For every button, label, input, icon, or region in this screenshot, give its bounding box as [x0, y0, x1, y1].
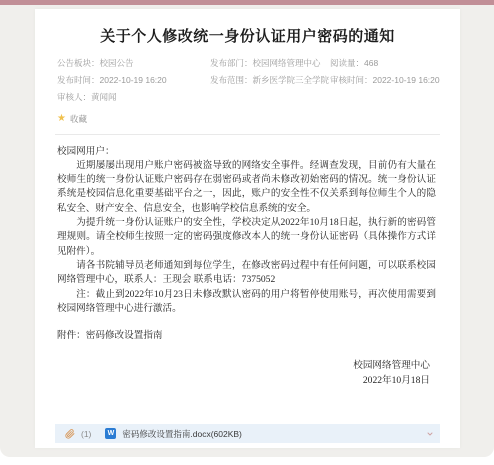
notice-body: 校园网用户： 近期屡屡出现用户账户密码被盗导致的网络安全事件。经调查发现，目前仍… — [57, 145, 436, 388]
favorite-label: 收藏 — [70, 113, 87, 125]
favorite-button[interactable]: ★ 收藏 — [57, 113, 460, 125]
body-paragraph: 注：截止到2022年10月23日未修改默认密码的用户将暂停使用账号，再次使用需要… — [57, 288, 436, 317]
notice-meta: 公告板块：校园公告 发布部门：校园网络管理中心 阅读量：468 发布时间：202… — [57, 58, 447, 103]
signature-block: 校园网络管理中心 2022年10月18日 — [57, 359, 436, 388]
body-paragraph: 近期屡屡出现用户账户密码被盗导致的网络安全事件。经调查发现，目前仍有大量在校师生… — [57, 159, 436, 216]
body-paragraph: 为提升统一身份认证账户的安全性，学校决定从2022年10月18日起，执行新的密码… — [57, 216, 436, 259]
meta-publish-dept: 发布部门：校园网络管理中心 — [210, 58, 330, 68]
meta-reviewer: 审核人：黄闻闻 — [57, 92, 210, 102]
notice-card: 关于个人修改统一身份认证用户密码的通知 公告板块：校园公告 发布部门：校园网络管… — [35, 9, 460, 448]
body-salutation: 校园网用户： — [57, 145, 436, 159]
signature-date: 2022年10月18日 — [57, 374, 430, 388]
meta-publish-time: 发布时间：2022-10-19 16:20 — [57, 75, 210, 85]
meta-publish-scope: 发布范围：新乡医学院三全学院 — [210, 75, 330, 85]
paperclip-icon — [65, 429, 75, 439]
expand-arrow-icon[interactable] — [426, 430, 434, 438]
word-file-icon: W — [105, 428, 116, 439]
meta-review-time: 审核时间：2022-10-19 16:20 — [330, 75, 447, 85]
body-paragraph: 请各书院辅导员老师通知到每位学生，在修改密码过程中有任何问题，可以联系校园网络管… — [57, 259, 436, 288]
attachment-note: 附件：密码修改设置指南 — [57, 329, 436, 343]
meta-board: 公告板块：校园公告 — [57, 58, 210, 68]
attachment-count: (1) — [81, 429, 91, 439]
attachment-bar: (1) W 密码修改设置指南.docx(602KB) — [55, 424, 440, 443]
header-divider — [55, 134, 440, 135]
attachment-file-link[interactable]: 密码修改设置指南.docx(602KB) — [122, 428, 242, 440]
meta-read-count: 阅读量：468 — [330, 58, 447, 68]
star-icon: ★ — [57, 114, 66, 124]
signature-org: 校园网络管理中心 — [57, 359, 430, 373]
page-title: 关于个人修改统一身份认证用户密码的通知 — [35, 25, 460, 46]
